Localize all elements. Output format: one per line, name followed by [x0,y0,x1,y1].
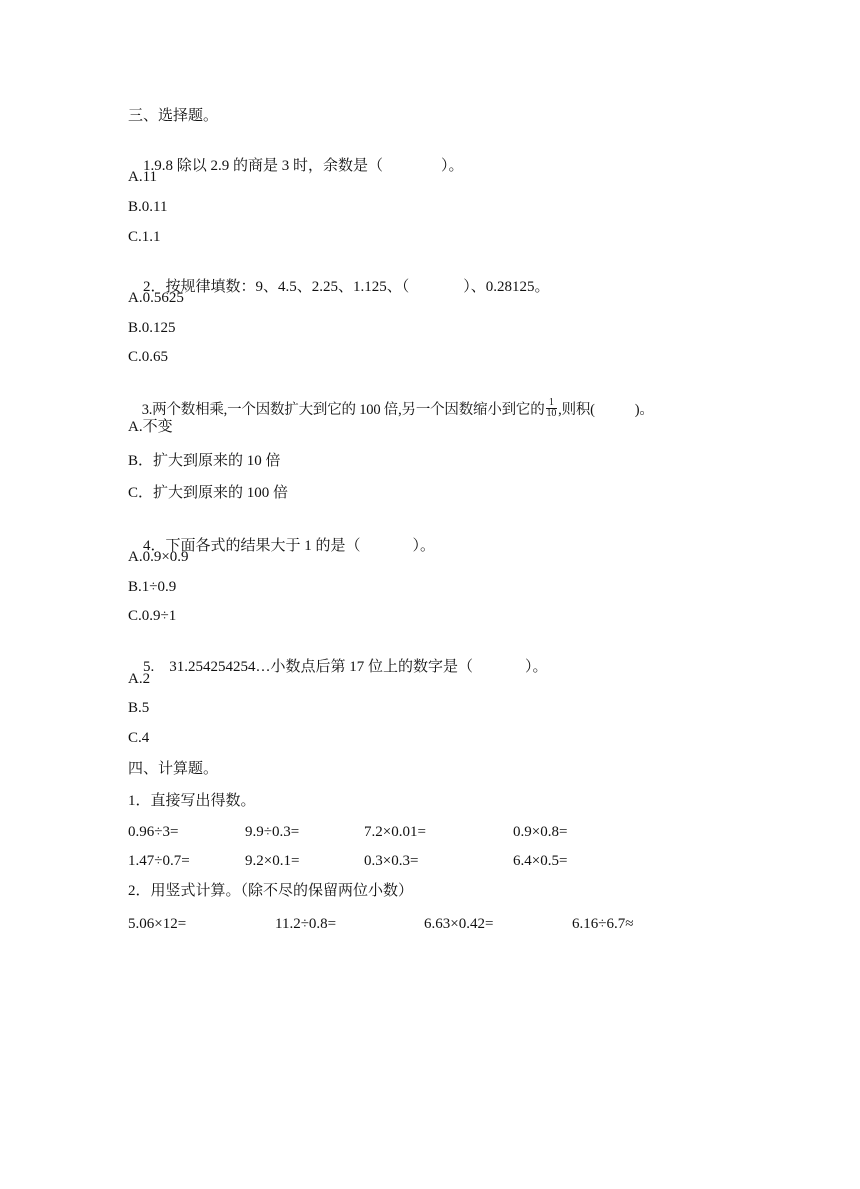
question-1-stem-end: ）。 [441,158,464,174]
question-4-stem-end: ）。 [413,538,436,554]
option-2c: C.0.65 [128,347,168,367]
option-3b: B．扩大到原来的 10 倍 [128,451,281,471]
calc-row-2: 1.47÷0.7= 9.2×0.1= 0.3×0.3= 6.4×0.5= [128,851,748,871]
question-4: 4．下面各式的结果大于 1 的是（）。 [128,516,435,576]
calc-item: 9.2×0.1= [245,851,299,871]
option-4c: C.0.9÷1 [128,606,176,626]
calc-item: 0.9×0.8= [513,822,567,842]
question-3-stem-end: )。 [635,402,654,418]
fraction-denominator: 10 [546,409,558,419]
calc-item: 9.9÷0.3= [245,822,299,842]
option-2a: A.0.5625 [128,288,184,308]
question-5-stem: 5. 31.254254254…小数点后第 17 位上的数字是（ [143,659,473,675]
question-1: 1.9.8 除以 2.9 的商是 3 时，余数是（）。 [128,136,464,196]
option-3a: A.不变 [128,417,173,437]
question-3-stem-middle: ,则积( [558,402,595,418]
question-1-stem: 1.9.8 除以 2.9 的商是 3 时，余数是（ [143,158,383,174]
worksheet-page: 三、选择题。 1.9.8 除以 2.9 的商是 3 时，余数是（）。 A.11 … [0,0,860,1189]
section-title-choice: 三、选择题。 [128,105,218,125]
question-3: 3.两个数相乘,一个因数扩大到它的 100 倍,另一个因数缩小到它的110,则积… [128,380,654,441]
question-5-stem-end: ）。 [525,659,548,675]
option-5b: B.5 [128,698,149,718]
calc-item: 11.2÷0.8= [275,914,336,934]
calc-row-vertical: 5.06×12= 11.2÷0.8= 6.63×0.42= 6.16÷6.7≈ [128,914,748,934]
calc-item: 5.06×12= [128,914,186,934]
calc-item: 7.2×0.01= [364,822,426,842]
option-3c: C．扩大到原来的 100 倍 [128,483,288,503]
question-3-stem: 3.两个数相乘,一个因数扩大到它的 100 倍,另一个因数缩小到它的 [142,402,545,418]
option-2b: B.0.125 [128,318,176,338]
option-5a: A.2 [128,669,150,689]
calc-row-1: 0.96÷3= 9.9÷0.3= 7.2×0.01= 0.9×0.8= [128,822,748,842]
option-1a: A.11 [128,167,157,187]
calc-item: 6.4×0.5= [513,851,567,871]
calc-item: 6.16÷6.7≈ [572,914,633,934]
fraction-one-tenth: 110 [546,398,558,419]
question-2-stem-end: ）、0.28125。 [463,279,549,295]
question-2: 2．按规律填数：9、4.5、2.25、1.125、（）、0.28125。 [128,257,550,317]
calc-part-2-title: 2．用竖式计算。（除不尽的保留两位小数） [128,881,413,901]
calc-item: 1.47÷0.7= [128,851,190,871]
section-title-calculation: 四、计算题。 [128,758,218,778]
calc-item: 0.3×0.3= [364,851,418,871]
question-5: 5. 31.254254254…小数点后第 17 位上的数字是（）。 [128,637,548,697]
calc-item: 0.96÷3= [128,822,178,842]
option-4a: A.0.9×0.9 [128,547,189,567]
option-5c: C.4 [128,728,149,748]
calc-item: 6.63×0.42= [424,914,493,934]
option-4b: B.1÷0.9 [128,577,176,597]
calc-part-1-title: 1．直接写出得数。 [128,791,256,811]
option-1b: B.0.11 [128,197,167,217]
option-1c: C.1.1 [128,227,161,247]
